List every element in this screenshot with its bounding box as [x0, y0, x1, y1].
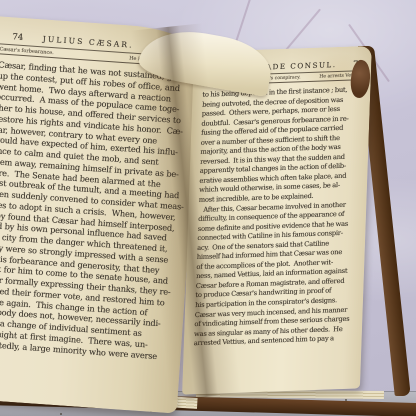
- right-page-content: B.C. 65-63.] MADE CONSUL. 75 Cæsar impli…: [184, 46, 372, 350]
- left-page-number: 74: [12, 32, 23, 43]
- left-body-text: Cæsar, finding that he was not sustained…: [0, 59, 192, 362]
- book-photo: 74 JULIUS CÆSAR. [B.C. 65-63. Cæsar's fo…: [0, 0, 416, 416]
- right-body-text: to his being deposed in the first instan…: [194, 85, 363, 349]
- right-page: B.C. 65-63.] MADE CONSUL. 75 Cæsar impli…: [182, 46, 372, 395]
